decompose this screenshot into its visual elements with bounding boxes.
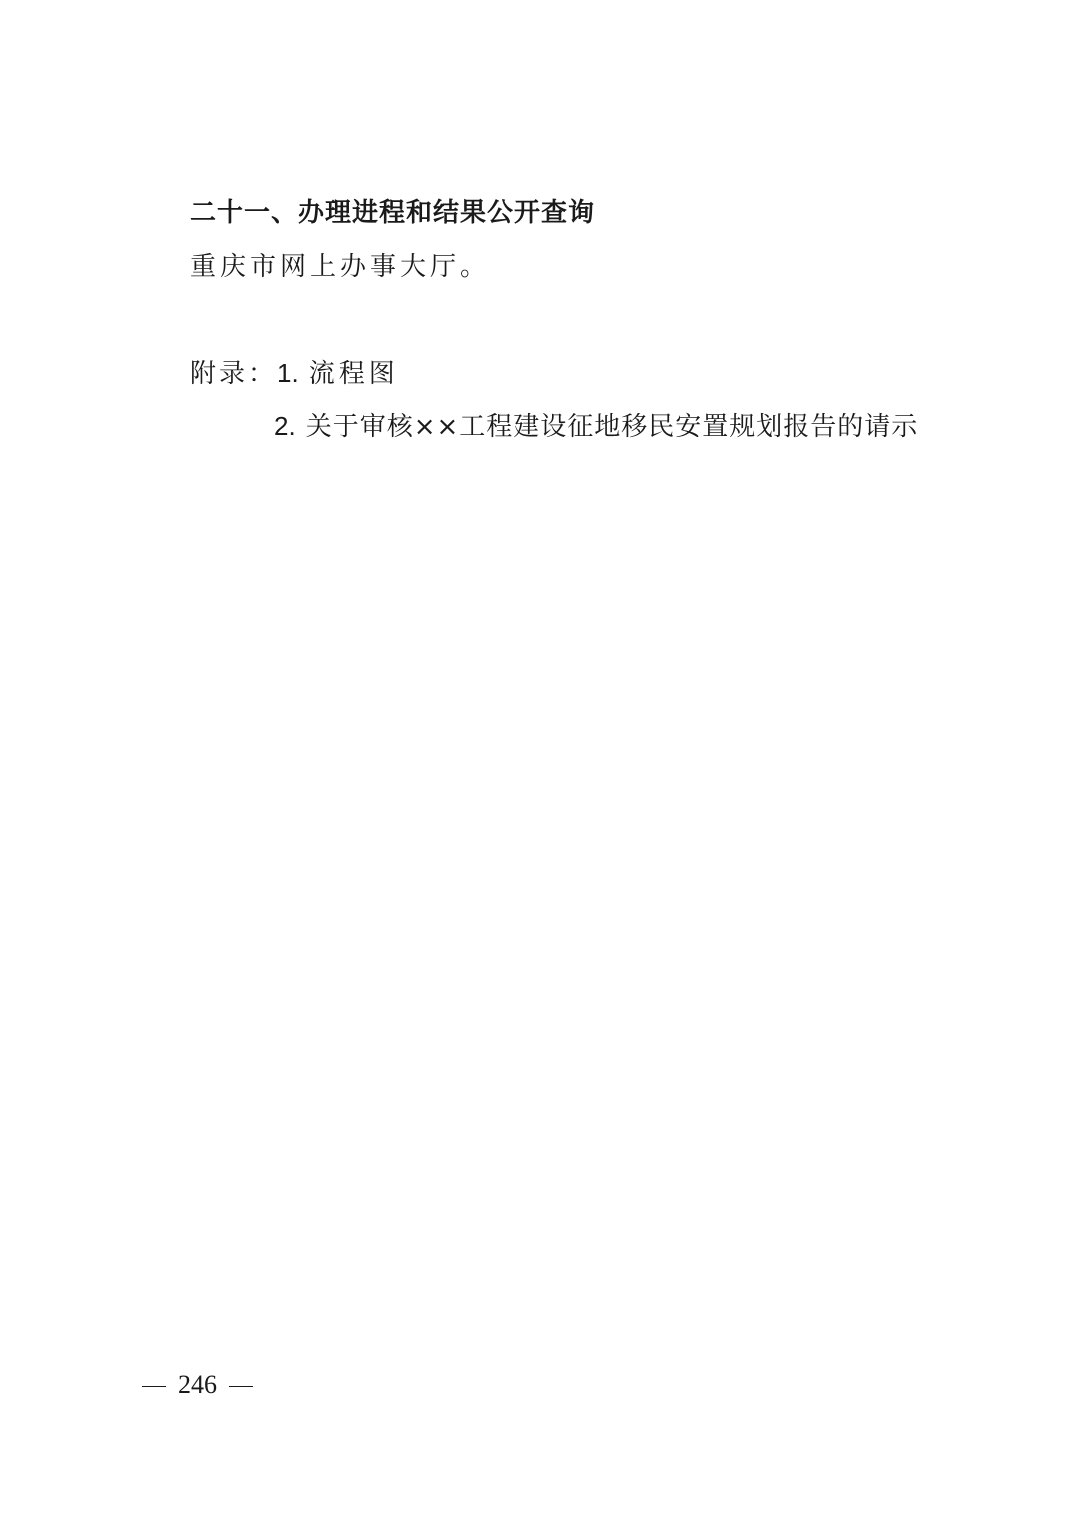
appendix-item-number: 1. (277, 353, 299, 393)
dash-left (142, 1386, 166, 1387)
appendix-item: 2. 关于审核××工程建设征地移民安置规划报告的请示 (190, 406, 918, 446)
appendix-list: 附录： 1. 流程图 2. 关于审核××工程建设征地移民安置规划报告的请示 (190, 353, 918, 446)
appendix-label: 附录： (190, 354, 277, 394)
page-number: 246 (178, 1370, 217, 1399)
dash-right (229, 1386, 253, 1387)
appendix-item-number: 2. (274, 406, 296, 446)
page-footer: 246 (130, 1368, 265, 1402)
section-heading: 二十一、办理进程和结果公开查询 (190, 193, 595, 233)
section-body-text: 重庆市网上办事大厅。 (190, 247, 490, 287)
appendix-item-text: 流程图 (309, 354, 399, 394)
appendix-item: 附录： 1. 流程图 (190, 353, 918, 393)
appendix-item-text: 关于审核××工程建设征地移民安置规划报告的请示 (306, 407, 919, 447)
